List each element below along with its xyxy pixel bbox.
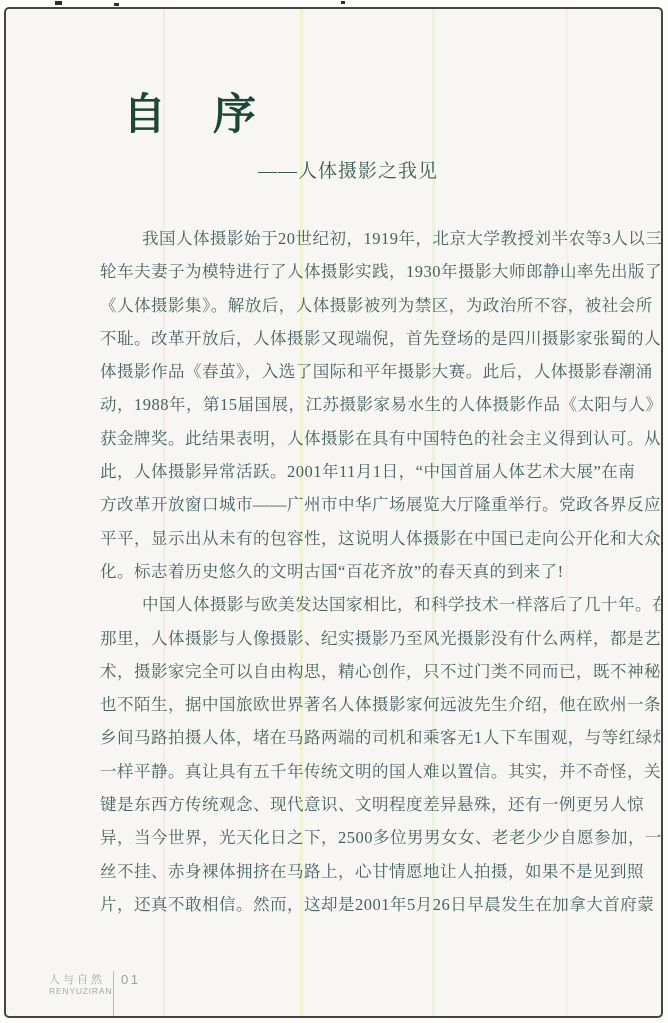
page-subtitle: ——人体摄影之我见 [258, 159, 438, 185]
footer-divider-line [113, 971, 114, 1016]
page-title: 自 序 [123, 93, 258, 139]
body-text-line: 键是东西方传统观念、现代意识、文明程度差异悬殊，还有一例更另人惊 [100, 788, 586, 821]
scan-speck [341, 1, 345, 4]
body-text-line: 术，摄影家完全可以自由构思，精心创作，只不过门类不同而已，既不神秘 [100, 655, 586, 688]
footer-brand-romanized: RENYUZIRAN [49, 986, 112, 996]
body-text-line: 平平，显示出从未有的包容性，这说明人体摄影在中国已走向公开化和大众 [100, 522, 586, 555]
body-text-line: 片，还真不敢相信。然而，这却是2001年5月26日早晨发生在加拿大首府蒙 [100, 888, 586, 921]
body-text-line: 轮车夫妻子为模特进行了人体摄影实践，1930年摄影大师郎静山率先出版了 [100, 255, 586, 288]
body-text-line: 我国人体摄影始于20世纪初，1919年，北京大学教授刘半农等3人以三 [100, 222, 586, 255]
body-text-line: 不耻。改革开放后，人体摄影又现端倪，首先登场的是四川摄影家张蜀的人 [100, 322, 586, 355]
body-text-line: 丝不挂、赤身裸体拥挤在马路上，心甘情愿地让人拍摄，如果不是见到照 [100, 855, 586, 888]
footer-brand-chinese: 人与自然 [49, 974, 105, 986]
body-text-line: 异，当今世界，光天化日之下，2500多位男男女女、老老少少自愿参加，一 [100, 821, 586, 854]
body-text-line: 动，1988年，第15届国展，江苏摄影家易水生的人体摄影作品《太阳与人》 [100, 388, 586, 421]
body-text-line: 获金牌奖。此结果表明，人体摄影在具有中国特色的社会主义得到认可。从 [100, 422, 586, 455]
body-text-line: 乡间马路拍摄人体，堵在马路两端的司机和乘客无1人下车围观，与等红绿灯 [100, 721, 586, 754]
body-text-line: 《人体摄影集》。解放后，人体摄影被列为禁区，为政治所不容，被社会所 [100, 289, 586, 322]
body-text-line: 此，人体摄影异常活跃。2001年11月1日，“中国首届人体艺术大展”在南 [100, 455, 586, 488]
body-text-line: 一样平静。真让具有五千年传统文明的国人难以置信。其实，并不奇怪，关 [100, 755, 586, 788]
scan-speck [114, 3, 119, 6]
scan-speck [55, 1, 62, 5]
body-text-line: 体摄影作品《春茧》，入选了国际和平年摄影大赛。此后，人体摄影春潮涌 [100, 355, 586, 388]
scanned-book-page: 自 序 ——人体摄影之我见 我国人体摄影始于20世纪初，1919年，北京大学教授… [0, 0, 668, 1023]
body-text: 我国人体摄影始于20世纪初，1919年，北京大学教授刘半农等3人以三轮车夫妻子为… [100, 222, 586, 921]
body-text-line: 中国人体摄影与欧美发达国家相比，和科学技术一样落后了几十年。在 [100, 588, 586, 621]
page-number: 01 [121, 972, 140, 987]
body-text-line: 也不陌生，据中国旅欧世界著名人体摄影家何远波先生介绍，他在欧州一条 [100, 688, 586, 721]
page-border-frame: 自 序 ——人体摄影之我见 我国人体摄影始于20世纪初，1919年，北京大学教授… [4, 7, 663, 1018]
body-text-line: 那里，人体摄影与人像摄影、纪实摄影乃至风光摄影没有什么两样，都是艺 [100, 622, 586, 655]
body-text-line: 化。标志着历史悠久的文明古国“百花齐放”的春天真的到来了! [100, 555, 586, 588]
body-text-line: 方改革开放窗口城市——广州市中华广场展览大厅隆重举行。党政各界反应 [100, 488, 586, 521]
